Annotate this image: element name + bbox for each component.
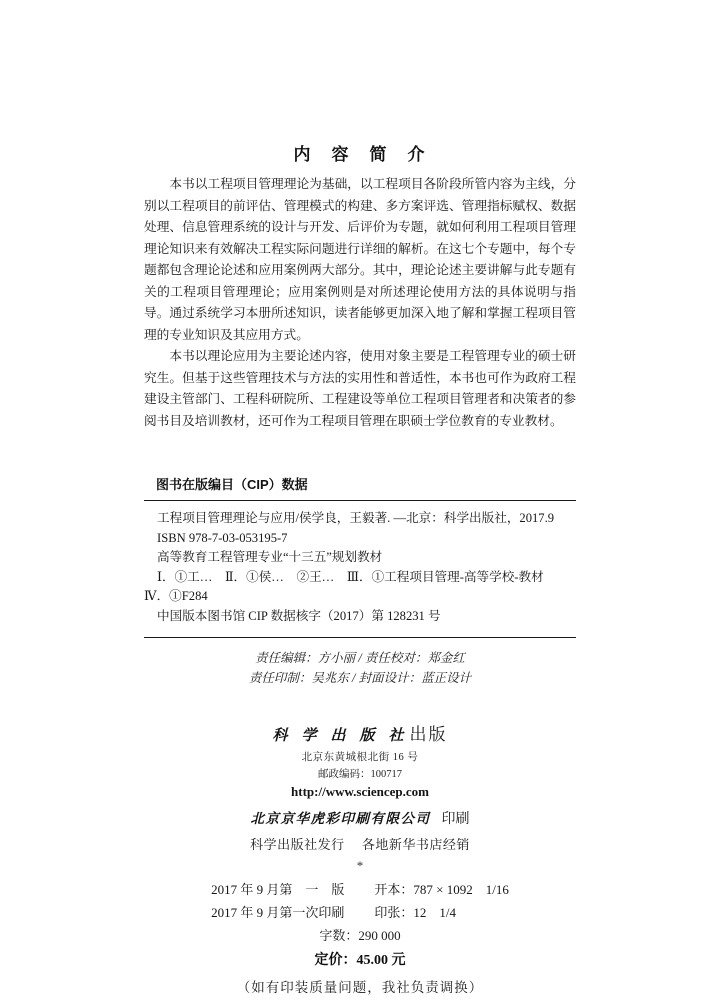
edition-info: 2017 年 9 月第 一 版 开本：787 × 1092 1/16 2017 … [211,879,509,921]
publisher-address: 北京东黄城根北街 16 号 [144,749,576,764]
intro-title: 内 容 简 介 [144,140,576,165]
intro-paragraph-1: 本书以工程项目管理理论为基础，以工程项目各阶段所管内容为主线，分别以工程项目的前… [144,174,576,346]
page-content: 内 容 简 介 本书以工程项目管理理论为基础，以工程项目各阶段所管内容为主线，分… [144,140,576,996]
word-count: 字数：290 000 [144,925,576,944]
book-copyright-page: 内 容 简 介 本书以工程项目管理理论为基础，以工程项目各阶段所管内容为主线，分… [0,0,720,1000]
cip-lines: 工程项目管理理论与应用/侯学良，王毅著. —北京：科学出版社，2017.9 IS… [144,501,576,637]
cip-header: 图书在版编目（CIP）数据 [144,474,576,493]
printer-line: 北京京华虎彩印刷有限公司 印刷 [144,807,576,828]
cip-isbn-line: ISBN 978-7-03-053195-7 [144,529,576,549]
edition-date: 2017 年 9 月第 一 版 [211,879,344,898]
price: 定价：45.00 元 [144,949,576,969]
cip-block: 图书在版编目（CIP）数据 工程项目管理理论与应用/侯学良，王毅著. —北京：科… [144,474,576,638]
distribution-line: 科学出版社发行 各地新华书店经销 [144,834,576,853]
separator-star: * [144,858,576,874]
cip-series-line: 高等教育工程管理专业“十三五”规划教材 [144,548,576,568]
cip-record-number-line: 中国版本图书馆 CIP 数据核字（2017）第 128231 号 [144,607,576,627]
publisher-action-label: 出版 [410,720,448,745]
publisher-line: 科学出版社 出版 [144,720,576,745]
format-spec: 开本：787 × 1092 1/16 [374,879,508,898]
printer-logotype: 北京京华虎彩印刷有限公司 [251,811,431,826]
quality-note: （如有印装质量问题，我社负责调换） [144,976,576,996]
sheet-count: 印张：12 1/4 [374,902,508,921]
cip-title-line: 工程项目管理理论与应用/侯学良，王毅著. —北京：科学出版社，2017.9 [144,509,576,529]
printing-date: 2017 年 9 月第一次印刷 [211,902,344,921]
intro-paragraph-2: 本书以理论应用为主要论述内容，使用对象主要是工程管理专业的硕士研究生。但基于这些… [144,346,576,432]
postal-code: 邮政编码：100717 [144,766,576,781]
publisher-logotype: 科学出版社 [272,724,417,745]
staff-credits: 责任编辑：方小丽 / 责任校对：郑金红 责任印制：吴兆东 / 封面设计：蓝正设计 [144,648,576,688]
credit-printing-line: 责任印制：吴兆东 / 封面设计：蓝正设计 [144,668,576,688]
colophon: 科学出版社 出版 北京东黄城根北街 16 号 邮政编码：100717 http:… [144,720,576,996]
cip-classification-line: Ⅰ．①工… Ⅱ．①侯… ②王… Ⅲ．①工程项目管理-高等学校-教材 Ⅳ．①F28… [144,568,576,607]
publisher-website: http://www.sciencep.com [144,784,576,800]
credit-editing-line: 责任编辑：方小丽 / 责任校对：郑金红 [144,648,576,668]
printer-action-label: 印刷 [442,812,470,827]
cip-bottom-rule [144,637,576,638]
